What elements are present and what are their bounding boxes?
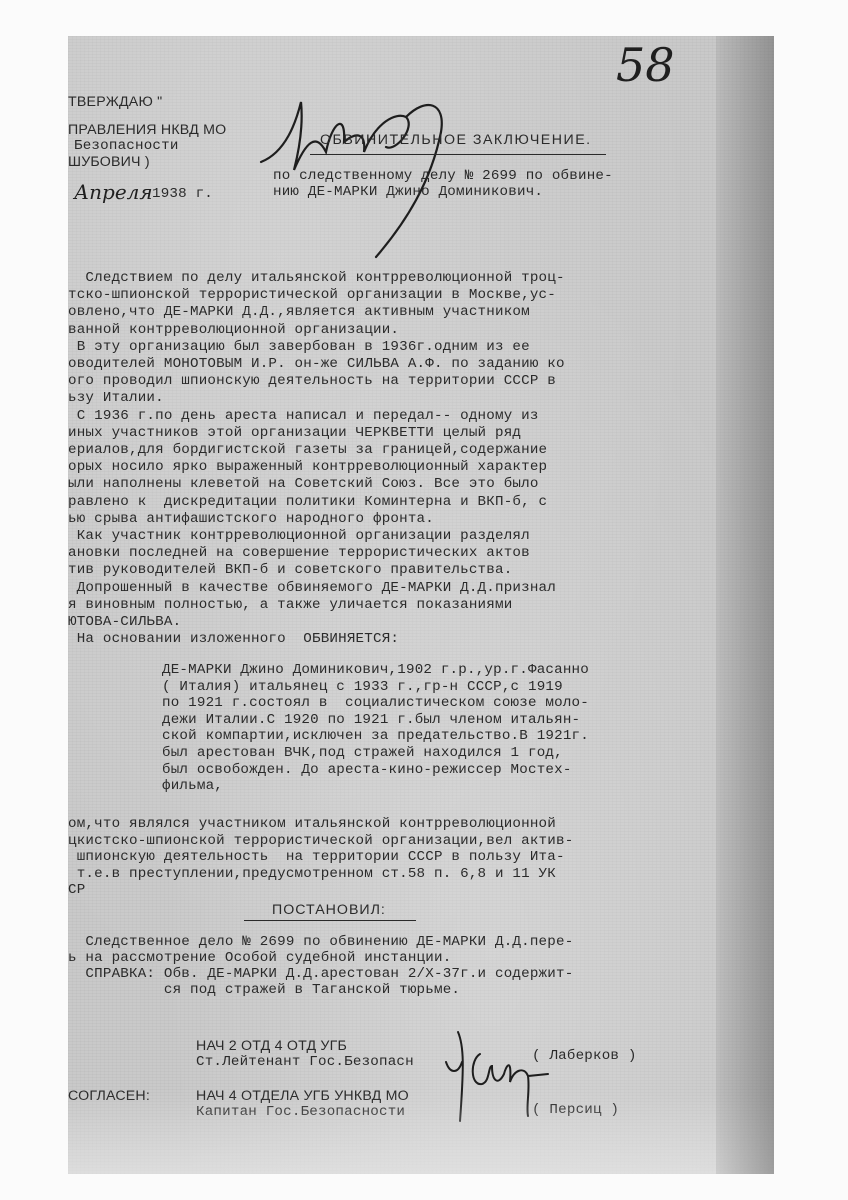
resolution-line: ь на рассмотрение Особой судебной инстан…: [68, 950, 451, 967]
approval-date-handwritten: Апреля: [74, 180, 153, 204]
approval-date-year: 1938 г.: [152, 186, 213, 203]
body-line: тив руководителей ВКП-б и советского пра…: [68, 562, 512, 579]
body-line: оводителей МОНОТОВЫМ И.Р. он-же СИЛЬВА А…: [68, 356, 565, 373]
body-line: Как участник контрреволюционной организа…: [68, 528, 530, 545]
charge-line: т.е.в преступлении,предусмотренном ст.58…: [68, 866, 556, 883]
accused-line: по 1921 г.состоял в социалистическом сою…: [162, 695, 589, 712]
resolution-underline: [244, 920, 416, 921]
body-line: тско-шпионской террористической организа…: [68, 287, 556, 304]
approval-line-3: Безопасности: [74, 138, 179, 155]
accused-line: был арестован ВЧК,под стражей находился …: [162, 745, 563, 762]
body-line: ановки последней на совершение террорист…: [68, 545, 530, 562]
document-title: ОБВИНИТЕЛЬНОЕ ЗАКЛЮЧЕНИЕ.: [320, 132, 592, 149]
signer1-rank: Ст.Лейтенант Гос.Безопасн: [196, 1054, 414, 1071]
resolution-line: ся под стражей в Таганской тюрьме.: [68, 982, 460, 999]
charge-line: цкистско-шпионской террористической орга…: [68, 833, 573, 850]
body-line: ого проводил шпионскую деятельность на т…: [68, 373, 556, 390]
body-line: иных участников этой организации ЧЕРКВЕТ…: [68, 425, 521, 442]
accused-line: был освобожден. До ареста-кино-режиссер …: [162, 762, 572, 779]
body-line: ью срыва антифашистского народного фронт…: [68, 511, 434, 528]
body-line: ванной контрреволюционной организации.: [68, 322, 399, 339]
charge-line: ом,что являлся участником итальянской ко…: [68, 816, 556, 833]
resolution-line: Следственное дело № 2699 по обвинению ДЕ…: [68, 934, 573, 951]
body-line: Допрошенный в качестве обвиняемого ДЕ-МА…: [68, 580, 556, 597]
resolution-line: СПРАВКА: Обв. ДЕ-МАРКИ Д.Д.арестован 2/Х…: [68, 966, 573, 983]
body-line: овлено,что ДЕ-МАРКИ Д.Д.,является активн…: [68, 304, 530, 321]
accused-line: ( Италия) итальянец с 1933 г.,гр-н СССР,…: [162, 679, 563, 696]
page-bottom-fade: [68, 1094, 774, 1174]
body-line: С 1936 г.по день ареста написал и переда…: [68, 408, 539, 425]
body-line: На основании изложенного ОБВИНЯЕТСЯ:: [68, 631, 399, 648]
approval-line-1: ТВЕРЖДАЮ ": [68, 94, 162, 111]
body-line: В эту организацию был завербован в 1936г…: [68, 339, 530, 356]
body-line: ЮТОВА-СИЛЬВА.: [68, 614, 181, 631]
resolution-title: ПОСТАНОВИЛ:: [272, 902, 386, 919]
body-line: орых носило ярко выраженный контрреволюц…: [68, 459, 547, 476]
body-line: ыли наполнены клеветой на Советский Союз…: [68, 476, 539, 493]
title-underline: [310, 154, 606, 155]
approval-line-2: ПРАВЛЕНИЯ НКВД МО: [68, 122, 226, 139]
signer1-position: НАЧ 2 ОТД 4 ОТД УГБ: [196, 1038, 347, 1055]
body-line: ьзу Италии.: [68, 390, 164, 407]
accused-line: фильма,: [162, 778, 223, 795]
page-number: 58: [616, 38, 675, 92]
body-line: я виновным полностью, а также уличается …: [68, 597, 512, 614]
body-line: равлено к дискредитации политики Коминте…: [68, 494, 547, 511]
body-line: Следствием по делу итальянской контррево…: [68, 270, 565, 287]
heading-line-1: по следственному делу № 2699 по обвине-: [273, 168, 613, 185]
accused-line: ДЕ-МАРКИ Джино Доминикович,1902 г.р.,ур.…: [162, 662, 589, 679]
accused-line: ской компартии,исключен за предательство…: [162, 728, 589, 745]
charge-line: СР: [68, 882, 85, 899]
document-page: 58 ТВЕРЖДАЮ " ПРАВЛЕНИЯ НКВД МО Безопасн…: [68, 36, 774, 1174]
charge-line: шпионскую деятельность на территории ССС…: [68, 849, 565, 866]
heading-line-2: нию ДЕ-МАРКИ Джино Доминикович.: [273, 184, 543, 201]
accused-line: дежи Италии.С 1920 по 1921 г.был членом …: [162, 712, 580, 729]
approval-line-4: ШУБОВИЧ ): [68, 154, 150, 171]
body-line: ериалов,для бордигистской газеты за гран…: [68, 442, 547, 459]
